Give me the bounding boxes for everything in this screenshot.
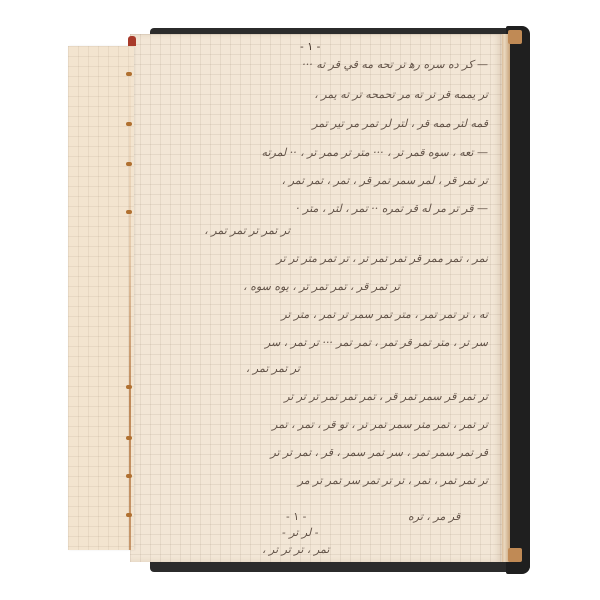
- page-number-top: - ١ -: [300, 40, 320, 53]
- footer-line: - ﻟﺮ ﺗﺮ -: [282, 526, 319, 539]
- handwritten-line: ، ﺗﺮ ﻳﻤﻤﻪ ﻗﺮ ﺗﺮ ﺗﻪ ﻣﺮ ﺗﺤﻤﺤﻪ ﺗﺮ ﺗﻪ ﻳﻤﺮ: [314, 88, 488, 102]
- handwritten-line: ﺗﻌﻪ ، ﺳﻮﻩ ﻗﻤﺮ ﺗﺮ ، ··· ﻣﺘﺮ ﺗﺮ ﻣﻤﺮ ﺗﺮ ، ·…: [262, 146, 488, 160]
- handwritten-line: ··· ﮐﺮ ﺩﻩ ﺳﺮﻩ ﺭﻫ ﺗﺮ ﺗﺤﻪ ﻣﻪ ﻗﻲ ﻗﺮ ﺗﻪ —: [302, 58, 488, 72]
- stitch-hole: [126, 436, 132, 440]
- stitch-hole: [126, 210, 132, 214]
- signature-note: ﻗﺮ ﻣﺮ ، ﺗﺮﻩ: [408, 510, 460, 523]
- worn-corner-bottom: [508, 548, 522, 562]
- handwritten-line: ﺗﺮ ﺗﻤﺮ ﺗﻤﺮ ، ﺗﻤﺮ ، ﺗﺮ ﺗﺮ ﺗﻤﺮ ﺳﺮ ﺗﻤﺮ ﺗﺮ ﻣ…: [298, 474, 488, 488]
- handwritten-line: ، ﺗﺮ ﺗﻤﺮ ﺗﺮ ﺗﻤﺮ ﺗﻤﺮ: [204, 224, 290, 238]
- stitch-hole: [126, 474, 132, 478]
- handwritten-line: ﺗﺮ ﺗﻤﺮ ، ﺗﻤﺮ ﻣﺘﺮ ﺳﻤﺮ ﺗﻤﺮ ﺗﺮ ، ﺗﻮ ﻗﺮ ، ﺗﻤ…: [272, 418, 488, 432]
- handwritten-line: ﺳﺮ ﺗﺮ ، ﻣﺘﺮ ﺗﻤﺮ ﻗﺮ ﺗﻤﺮ ، ﺗﻤﺮ ﺗﻤﺮ ··· ﺗﺮ …: [265, 336, 488, 350]
- handwritten-line: ، ﺗﺮ ﺗﻤﺮ ﻗﺮ ، ﺗﻤﺮ ﺗﻤﺮ ﺗﺮ ، ﻳﻮﻩ ﺳﻮﻩ: [243, 280, 400, 294]
- ribbon-marker: [128, 36, 136, 46]
- stitch-hole: [126, 72, 132, 76]
- stitch-hole: [126, 162, 132, 166]
- handwritten-line: ، ﺗﺮ ﺗﻤﺮ ﺗﻤﺮ: [246, 362, 300, 376]
- folded-left-page: [68, 46, 134, 550]
- handwritten-line: ﺗﺮ ﺗﻤﺮ ﻗﺮ ﺳﻤﺮ ﺗﻤﺮ ﻗﺮ ، ﺗﻤﺮ ﺗﻤﺮ ﺗﻤﺮ ﺗﺮ ﺗﺮ…: [284, 390, 488, 404]
- handwritten-line: · ﻗﺮ ﺗﺮ ﻣﺮ ﻟﻪ ﻗﺮ ﺗﻤﺮﻩ ·· ﺗﻤﺮ ، ﻟﺘﺮ ، ﻣﺘﺮ…: [296, 202, 488, 216]
- handwritten-line: ﻗﻤﻪ ﻟﺘﺮ ﻣﻤﻪ ﻗﺮ ، ﻟﺘﺮ ﻟﺮ ﺗﻤﺮ ﻣﺮ ﺗﻴﺮ ﺗﻤﺮ: [312, 117, 488, 131]
- handwritten-line: ، ﺗﺮ ﺗﻤﺮ ﻗﺮ ، ﻟﻤﺮ ﺳﻤﺮ ﺗﻤﺮ ﻗﺮ ، ﺗﻤﺮ ، ﺗﻤﺮ…: [282, 174, 488, 188]
- handwritten-line: ﺗﻪ ، ﺗﺮ ﺗﻤﺮ ﺗﻤﺮ ، ﻣﺘﺮ ﺗﻤﺮ ﺳﻤﺮ ﺗﺮ ﺗﻤﺮ ، ﻣ…: [281, 308, 488, 322]
- worn-corner-top: [508, 30, 522, 44]
- stitch-hole: [126, 513, 132, 517]
- footer-page-number: - ١ -: [286, 510, 306, 523]
- stitch-hole: [126, 385, 132, 389]
- stitch-hole: [126, 122, 132, 126]
- handwritten-line: ﻧﻤﺮ ، ﺗﻤﺮ ﻣﻤﺮ ﻗﺮ ﺗﻤﺮ ﺗﻤﺮ ﺗﺮ ، ﺗﺮ ﺗﻤﺮ ﻣﺘﺮ…: [277, 252, 488, 266]
- footer-line: ، ﺗﻤﺮ ، ﺗﺮ ﺗﺮ ﺗﺮ: [262, 543, 329, 556]
- handwritten-line: ﻗﺮ ﺗﻤﺮ ﺳﻤﺮ ﺗﻤﺮ ، ﺳﺮ ﺗﻤﺮ ﺳﻤﺮ ، ﻗﺮ ، ﺗﻤﺮ ﺗ…: [270, 446, 488, 460]
